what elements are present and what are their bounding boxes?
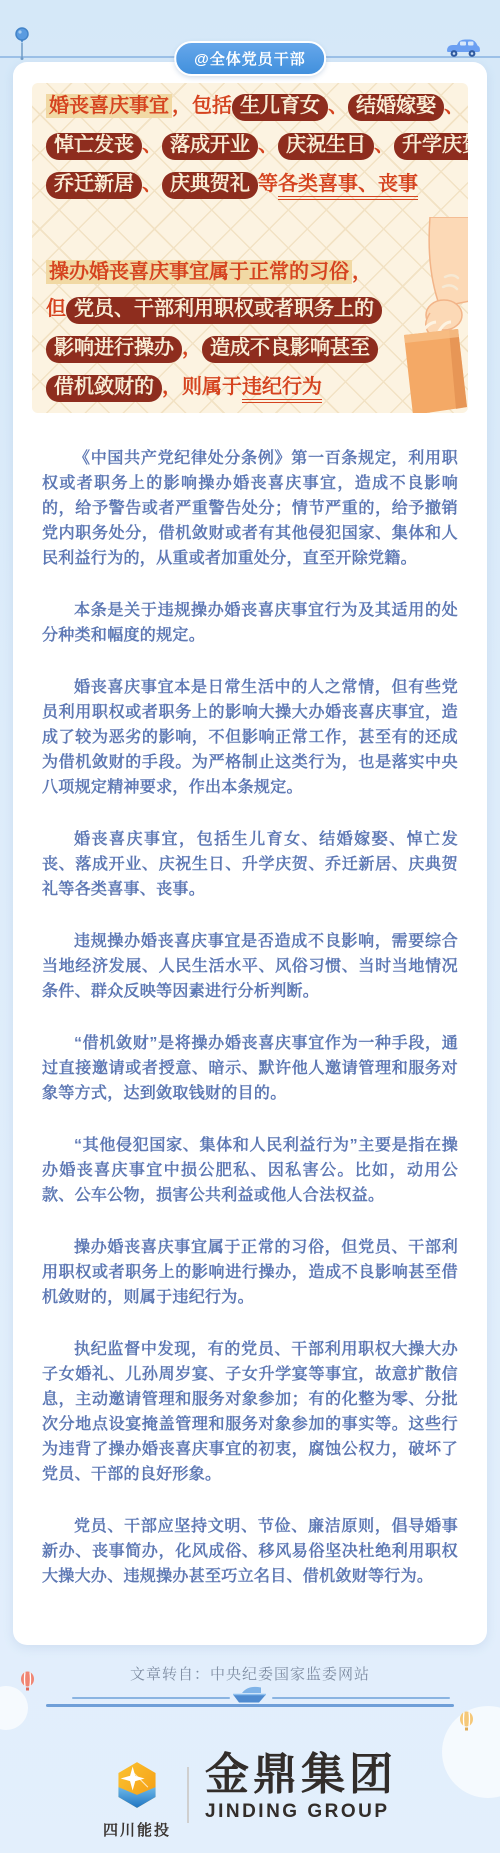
banner-text-segment: 落成开业 (162, 133, 258, 160)
banner-group-1: 婚丧喜庆事宜，包括生儿育女、结婚嫁娶、悼亡发丧、落成开业、庆祝生日、升学庆贺、乔… (32, 83, 468, 199)
hero-banner: 婚丧喜庆事宜，包括生儿育女、结婚嫁娶、悼亡发丧、落成开业、庆祝生日、升学庆贺、乔… (32, 83, 468, 413)
banner-text-segment: 造成不良影响甚至 (202, 336, 378, 363)
body-paragraph: “借机敛财”是将操办婚丧喜庆事宜作为一种手段，通过直接邀请或者授意、暗示、默许他… (42, 1031, 458, 1106)
banner-text-segment: 等 (258, 173, 278, 195)
banner-line: 悼亡发丧、落成开业、庆祝生日、升学庆贺、 (46, 132, 454, 160)
body-paragraph: 党员、干部应坚持文明、节俭、廉洁原则，倡导婚事新办、丧事简办，化风成俗、移风易俗… (42, 1514, 458, 1589)
banner-text-segment: ，包括 (172, 95, 232, 117)
banner-text-segment: 、 (142, 173, 162, 195)
banner-text-segment: 悼亡发丧 (46, 133, 142, 160)
banner-text-segment: 违纪行为 (242, 376, 322, 403)
car-icon (444, 37, 482, 58)
logo-badge-label: 四川能投 (103, 1819, 171, 1840)
banner-line: 借机敛财的，则属于违纪行为 (46, 374, 454, 402)
banner-text-segment: 乔迁新居 (46, 172, 142, 199)
banner-text-segment: 婚丧喜庆事宜 (46, 94, 172, 118)
banner-text-segment: 借机敛财的 (46, 375, 162, 402)
body-paragraph: 婚丧喜庆事宜，包括生儿育女、结婚嫁娶、悼亡发丧、落成开业、庆祝生日、升学庆贺、乔… (42, 827, 458, 902)
logo-hexagon-column: 四川能投 (103, 1752, 171, 1840)
body-paragraph: 操办婚丧喜庆事宜属于正常的习俗，但党员、干部利用职权或者职务上的影响进行操办，造… (42, 1235, 458, 1310)
body-paragraph: “其他侵犯国家、集体和人民利益行为”主要是指在操办婚丧喜庆事宜中损公肥私、因私害… (42, 1133, 458, 1208)
company-name-cn: 金鼎集团 (205, 1752, 397, 1798)
banner-text-segment: 、 (374, 134, 394, 156)
pin-icon (14, 26, 30, 62)
banner-line: 影响进行操办，造成不良影响甚至 (46, 335, 454, 363)
banner-text-segment: 、 (444, 95, 464, 117)
banner-text-segment: 党员、干部利用职权或者职务上的 (66, 297, 382, 324)
banner-text-segment: 、 (328, 95, 348, 117)
article-body: 《中国共产党纪律处分条例》第一百条规定，利用职权或者职务上的影响操办婚丧喜庆事宜… (42, 446, 458, 1589)
banner-text-segment: 操办婚丧喜庆事宜属于正常的习俗 (46, 260, 352, 284)
banner-text-segment: 庆典贺礼 (162, 172, 258, 199)
header-tag-pill: @全体党员干部 (174, 41, 326, 76)
banner-text-segment: 生儿育女 (232, 94, 328, 121)
article-card: 婚丧喜庆事宜，包括生儿育女、结婚嫁娶、悼亡发丧、落成开业、庆祝生日、升学庆贺、乔… (13, 62, 487, 1645)
banner-line: 乔迁新居、庆典贺礼等各类喜事、丧事 (46, 171, 454, 199)
banner-text-segment: 庆祝生日 (278, 133, 374, 160)
footer-divider-thin-right (272, 1697, 450, 1699)
hexagon-logo-icon (115, 1761, 159, 1814)
banner-text-segment: ， (352, 261, 372, 283)
banner-text-segment: ，则属于 (162, 376, 242, 398)
banner-text-segment: 、 (142, 134, 162, 156)
banner-text-segment: 影响进行操办 (46, 336, 182, 363)
body-paragraph: 婚丧喜庆事宜本是日常生活中的人之常情，但有些党员利用职权或者职务上的影响大操大办… (42, 675, 458, 800)
bottom-white-strip (0, 1853, 500, 1875)
banner-text-segment: ， (182, 337, 202, 359)
banner-text-segment: 升学庆贺 (394, 133, 468, 160)
logo-text-column: 金鼎集团 JINDING GROUP (205, 1752, 397, 1823)
header-tag-label: @全体党员干部 (194, 51, 306, 68)
banner-line: 婚丧喜庆事宜，包括生儿育女、结婚嫁娶、 (46, 93, 454, 121)
article-source: 文章转自：中央纪委国家监委网站 (0, 1663, 500, 1684)
banner-text-segment: 各类喜事、丧事 (278, 173, 418, 200)
logo-divider (187, 1767, 189, 1823)
hot-air-balloon-icon-right (459, 1711, 474, 1737)
boat-icon (228, 1684, 270, 1705)
footer-divider-thin-left (72, 1697, 230, 1699)
company-logo: 四川能投 金鼎集团 JINDING GROUP (0, 1752, 500, 1840)
body-paragraph: 《中国共产党纪律处分条例》第一百条规定，利用职权或者职务上的影响操办婚丧喜庆事宜… (42, 446, 458, 571)
banner-group-2: 操办婚丧喜庆事宜属于正常的习俗，但党员、干部利用职权或者职务上的影响进行操办，造… (32, 259, 468, 402)
body-paragraph: 执纪监督中发现，有的党员、干部利用职权大操大办子女婚礼、儿孙周岁宴、子女升学宴等… (42, 1337, 458, 1487)
body-paragraph: 本条是关于违规操办婚丧喜庆事宜行为及其适用的处分种类和幅度的规定。 (42, 598, 458, 648)
banner-text-segment: 但 (46, 298, 66, 320)
body-paragraph: 违规操办婚丧喜庆事宜是否造成不良影响，需要综合当地经济发展、人民生活水平、风俗习… (42, 929, 458, 1004)
banner-text-segment: 结婚嫁娶 (348, 94, 444, 121)
hot-air-balloon-icon-left (20, 1671, 35, 1697)
company-name-en: JINDING GROUP (205, 1801, 397, 1823)
banner-text-segment: 、 (258, 134, 278, 156)
banner-line: 操办婚丧喜庆事宜属于正常的习俗， (46, 259, 454, 285)
banner-line: 但党员、干部利用职权或者职务上的 (46, 296, 454, 324)
